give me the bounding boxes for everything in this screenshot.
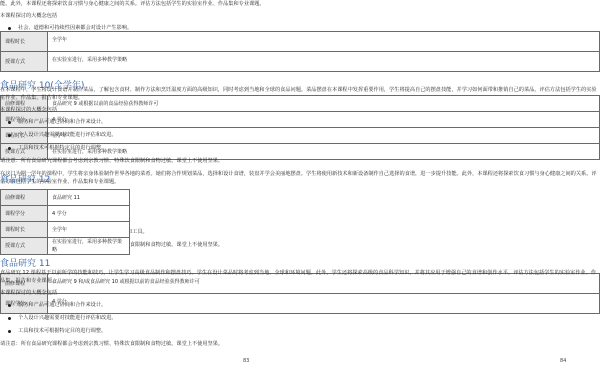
course-description: 在本课程中，学生将设计食谱并制作菜品，了解包含食材、制作方法和烹饪温度方面的高级… — [0, 86, 600, 102]
concepts-list: 服务和产品可通过协商和合作来设计。 个人设计兴趣需要对技能进行评估和改进。 工具… — [0, 301, 600, 335]
table-label: 课程学分 — [1, 206, 48, 222]
note-paragraph: 请注意：所有食品研究课程都会考虑到宗教习惯、特殊饮食限制和食物过敏。课堂上不使用… — [0, 157, 600, 165]
table-value: 食品研究 11 — [48, 190, 130, 206]
intro-paragraph: 能。此外，本课程还将探索饮食习惯与身心健康之间的关系。评估方法包括学生的实验室作… — [0, 0, 600, 8]
table-row: 授课方式 在实验室进行，采用多种教学策略 — [1, 52, 600, 72]
table-label: 授课方式 — [1, 52, 48, 72]
concepts-label: 本课程探讨的大概念包括 — [0, 12, 600, 20]
table-value: 在实验室进行，采用多种教学策略 — [48, 52, 600, 72]
table-label: 授课方式 — [1, 238, 48, 255]
page-number: 83 — [243, 358, 249, 364]
table-row: 课程时长 全学年 — [1, 222, 130, 238]
concepts-label: 本课程探讨的大概念包括 — [0, 106, 600, 114]
course-description: 食品研究 12 课程基于以前所学的技能和技巧，让学生学习高级食品制作和摆盘技巧。… — [0, 269, 600, 285]
concepts-list: 服务和产品可通过协商和合作来设计。 个人设计兴趣需要对技能进行评估和改进。 工具… — [0, 118, 600, 152]
course-info-table: 前修课程 食品研究 11 课程学分 4 学分 课程时长 全学年 授课方式 在实验… — [0, 189, 130, 255]
concepts-label: 本课程探讨的大概念包括 — [0, 289, 600, 297]
table-row: 授课方式 在实验室进行，采用多种教学策略 — [1, 238, 130, 255]
list-item: 个人设计兴趣需要对技能进行评估和改进。 — [0, 131, 600, 139]
list-item: 服务和产品可通过协商和合作来设计。 — [0, 301, 600, 309]
table-row: 课程时长 全学年 — [1, 32, 600, 52]
list-item: 工具和技术可根据特定目的进行调整。 — [0, 327, 600, 335]
list-item: 个人设计兴趣需要对技能进行评估和改进。 — [0, 314, 600, 322]
right-page-content: 课程时长 全学年 授课方式 在实验室进行，采用多种教学策略 在本课程中，学生将设… — [0, 31, 600, 352]
table-label: 课程时长 — [1, 32, 48, 52]
table-label: 前修课程 — [1, 190, 48, 206]
table-label: 课程时长 — [1, 222, 48, 238]
table-value: 全学年 — [48, 32, 600, 52]
note-paragraph: 请注意：所有食品研究课程都会考虑到宗教习惯、特殊饮食限制和食物过敏。课堂上不使用… — [0, 340, 600, 348]
course-info-table-continued: 课程时长 全学年 授课方式 在实验室进行，采用多种教学策略 — [0, 31, 600, 72]
table-row: 课程学分 4 学分 — [1, 206, 130, 222]
section-heading-food-studies-12: 食品研究 12 — [0, 174, 600, 186]
table-value: 在实验室进行，采用多种教学策略 — [48, 238, 130, 255]
page-number: 84 — [560, 358, 566, 364]
table-value: 全学年 — [48, 222, 130, 238]
list-item: 服务和产品可通过协商和合作来设计。 — [0, 118, 600, 126]
list-item: 工具和技术可根据特定目的进行调整。 — [0, 144, 600, 152]
table-value: 4 学分 — [48, 206, 130, 222]
table-row: 前修课程 食品研究 11 — [1, 190, 130, 206]
